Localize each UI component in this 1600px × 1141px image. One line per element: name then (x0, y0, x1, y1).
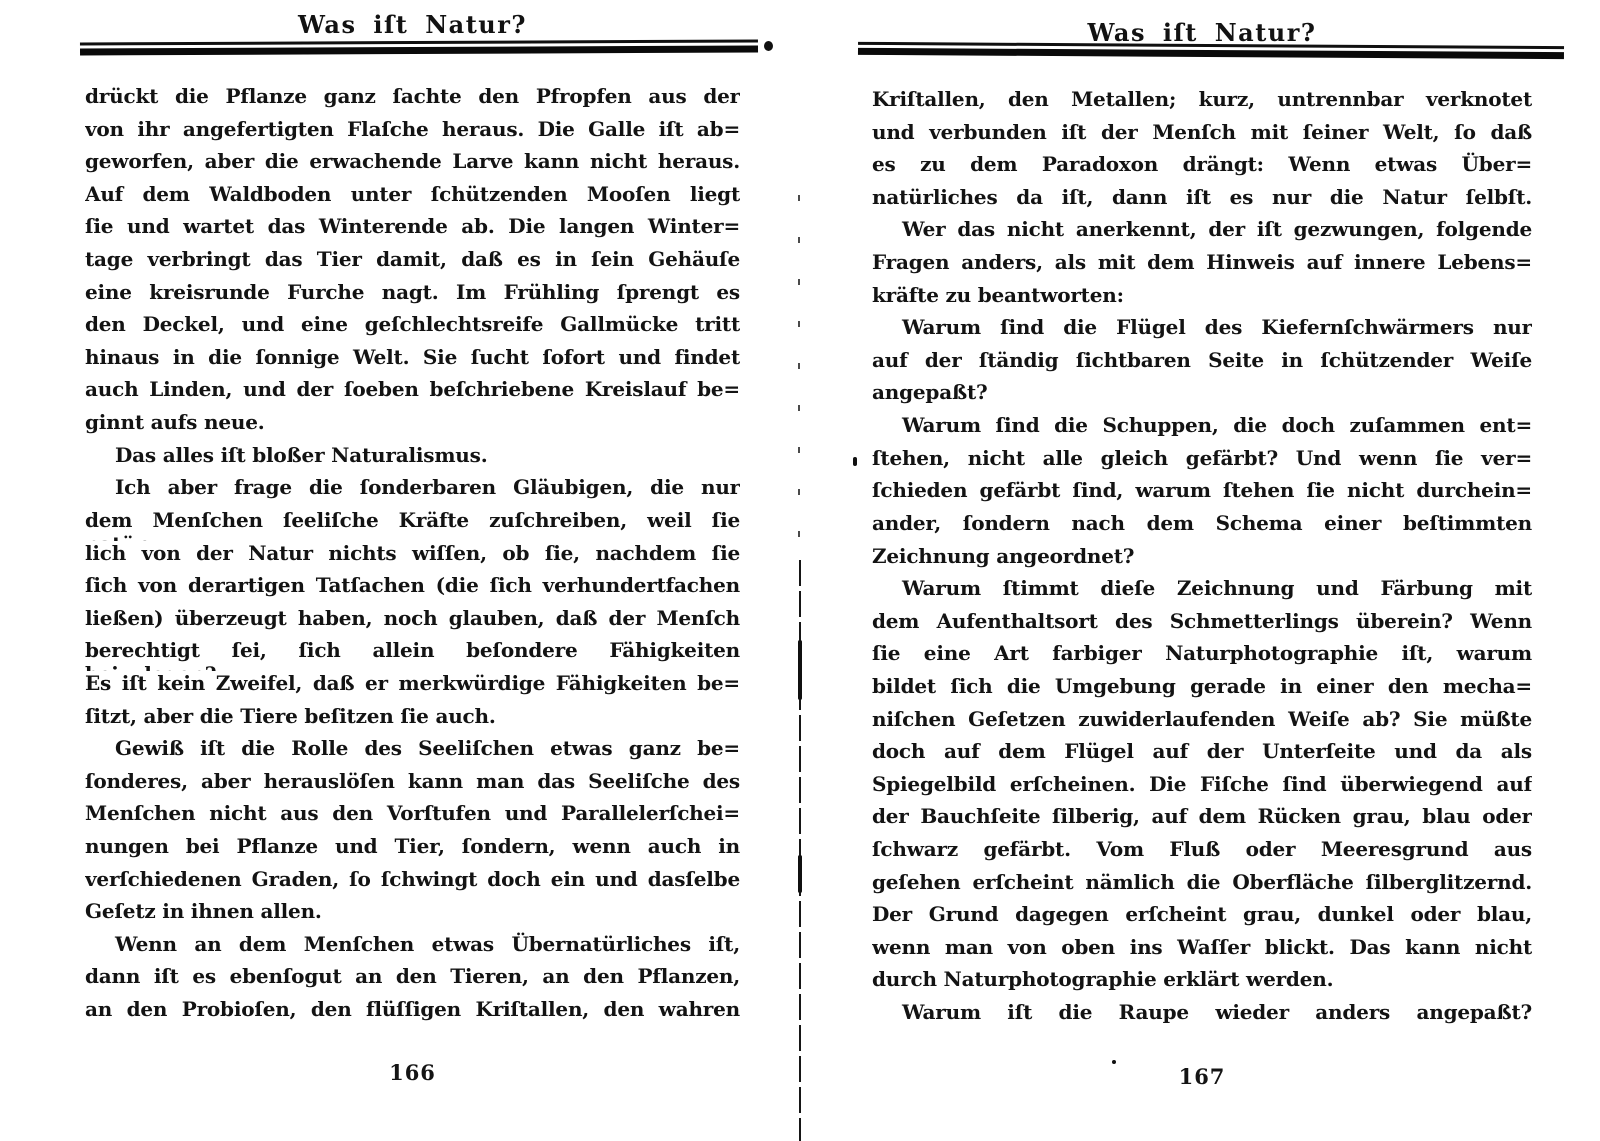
text-line: geworfen, aber die erwachende Larve kann… (85, 149, 740, 182)
text-line: doch auf dem Flügel auf der Unterſeite u… (872, 739, 1532, 772)
text-line: Spiegelbild erſcheinen. Die Fiſche ſind … (872, 772, 1532, 805)
text-line: wenn man von oben ins Waſſer blickt. Das… (872, 935, 1532, 968)
text-line: lich von der Natur nichts wiſſen, ob ſie… (85, 541, 740, 574)
text-column-right-page: Kriſtallen, den Metallen; kurz, untrennb… (872, 87, 1532, 1033)
text-line: hinaus in die ſonnige Welt. Sie ſucht ſo… (85, 345, 740, 378)
text-line: Zeichnung angeordnet? (872, 544, 1532, 577)
text-line: dann iſt es ebenſogut an den Tieren, an … (85, 964, 740, 997)
text-line: auch Linden, und der ſoeben beſchriebene… (85, 377, 740, 410)
text-line: Es iſt kein Zweifel, daß er merkwürdige … (85, 671, 740, 704)
text-line: ſie eine Art farbiger Naturphotographie … (872, 641, 1532, 674)
text-line: Warum ſtimmt dieſe Zeichnung und Färbung… (872, 576, 1532, 609)
text-line: kräfte zu beantworten: (872, 283, 1532, 316)
text-column-left-page: drückt die Pflanze ganz ſachte den Pfrop… (85, 84, 740, 1030)
text-line: ſitzt, aber die Tiere beſitzen ſie auch. (85, 704, 740, 737)
text-line: angepaßt? (872, 380, 1532, 413)
text-line: dem Menſchen ſeeliſche Kräfte zuſchreibe… (85, 508, 740, 541)
text-line: es zu dem Paradoxon drängt: Wenn etwas Ü… (872, 152, 1532, 185)
text-line: den Deckel, und eine geſchlechtsreife Ga… (85, 312, 740, 345)
text-line: ſich von derartigen Tatſachen (die ſich … (85, 573, 740, 606)
text-line: berechtigt ſei, ſich allein beſondere Fä… (85, 638, 740, 671)
text-line: durch Naturphotographie erklärt werden. (872, 967, 1532, 1000)
text-line: ſchieden gefärbt ſind, warum ſtehen ſie … (872, 478, 1532, 511)
ink-speck (1112, 1060, 1116, 1064)
text-line: ließen) überzeugt haben, noch glauben, d… (85, 606, 740, 639)
text-line: natürliches da iſt, dann iſt es nur die … (872, 185, 1532, 218)
ink-speck (853, 457, 857, 466)
text-line: niſchen Geſetzen zuwiderlaufenden Weiſe … (872, 707, 1532, 740)
page-number-left: 166 (85, 1060, 740, 1085)
text-line: Auf dem Waldboden unter ſchützenden Mooſ… (85, 182, 740, 215)
scanned-book-spread: Was iſt Natur? Was iſt Natur? drückt die… (0, 0, 1600, 1141)
text-line: Warum iſt die Raupe wieder anders angepa… (872, 1000, 1532, 1033)
text-line: Kriſtallen, den Metallen; kurz, untrennb… (872, 87, 1532, 120)
running-title-left: Was iſt Natur? (85, 10, 740, 39)
text-line: Das alles iſt bloßer Naturalismus. (85, 443, 740, 476)
text-line: Wenn an dem Menſchen etwas Übernatürlich… (85, 932, 740, 965)
text-line: bildet ſich die Umgebung gerade in einer… (872, 674, 1532, 707)
header-rule-left (80, 40, 758, 55)
gutter-fold-line-upper (798, 195, 800, 560)
text-line: tage verbringt das Tier damit, daß es in… (85, 247, 740, 280)
text-line: von ihr angefertigten Flaſche heraus. Di… (85, 117, 740, 150)
text-line: ſie und wartet das Winterende ab. Die la… (85, 214, 740, 247)
text-line: an den Probioſen, den flüſſigen Kriſtall… (85, 997, 740, 1030)
text-line: auf der ſtändig ſichtbaren Seite in ſchü… (872, 348, 1532, 381)
text-line: Warum ſind die Flügel des Kiefernſchwärm… (872, 315, 1532, 348)
text-line: der Bauchſeite ſilberig, auf dem Rücken … (872, 804, 1532, 837)
text-line: Gewiß iſt die Rolle des Seeliſchen etwas… (85, 736, 740, 769)
text-line: Warum ſind die Schuppen, die doch zuſamm… (872, 413, 1532, 446)
text-line: Der Grund dagegen erſcheint grau, dunkel… (872, 902, 1532, 935)
text-line: geſehen erſcheint nämlich die Oberfläche… (872, 870, 1532, 903)
gutter-ink-blob (798, 640, 802, 700)
text-line: Geſetz in ihnen allen. (85, 899, 740, 932)
gutter-ink-blob (798, 855, 802, 893)
text-line: eine kreisrunde Furche nagt. Im Frühling… (85, 280, 740, 313)
text-line: ſchwarz gefärbt. Vom Fluß oder Meeresgru… (872, 837, 1532, 870)
text-line: nungen bei Pflanze und Tier, ſondern, we… (85, 834, 740, 867)
ink-speck (764, 41, 773, 51)
text-line: ſonderes, aber herauslöſen kann man das … (85, 769, 740, 802)
text-line: Menſchen nicht aus den Vorſtufen und Par… (85, 801, 740, 834)
text-line: drückt die Pflanze ganz ſachte den Pfrop… (85, 84, 740, 117)
text-line: verſchiedenen Graden, ſo ſchwingt doch e… (85, 867, 740, 900)
text-line: ander, ſondern nach dem Schema einer beſ… (872, 511, 1532, 544)
text-line: dem Aufenthaltsort des Schmetterlings üb… (872, 609, 1532, 642)
text-line: Wer das nicht anerkennt, der iſt gezwung… (872, 217, 1532, 250)
text-line: Ich aber frage die ſonderbaren Gläubigen… (85, 475, 740, 508)
text-line: und verbunden iſt der Menſch mit ſeiner … (872, 120, 1532, 153)
page-number-right: 167 (872, 1064, 1532, 1089)
text-line: ſtehen, nicht alle gleich gefärbt? Und w… (872, 446, 1532, 479)
text-line: ginnt aufs neue. (85, 410, 740, 443)
text-line: Fragen anders, als mit dem Hinweis auf i… (872, 250, 1532, 283)
